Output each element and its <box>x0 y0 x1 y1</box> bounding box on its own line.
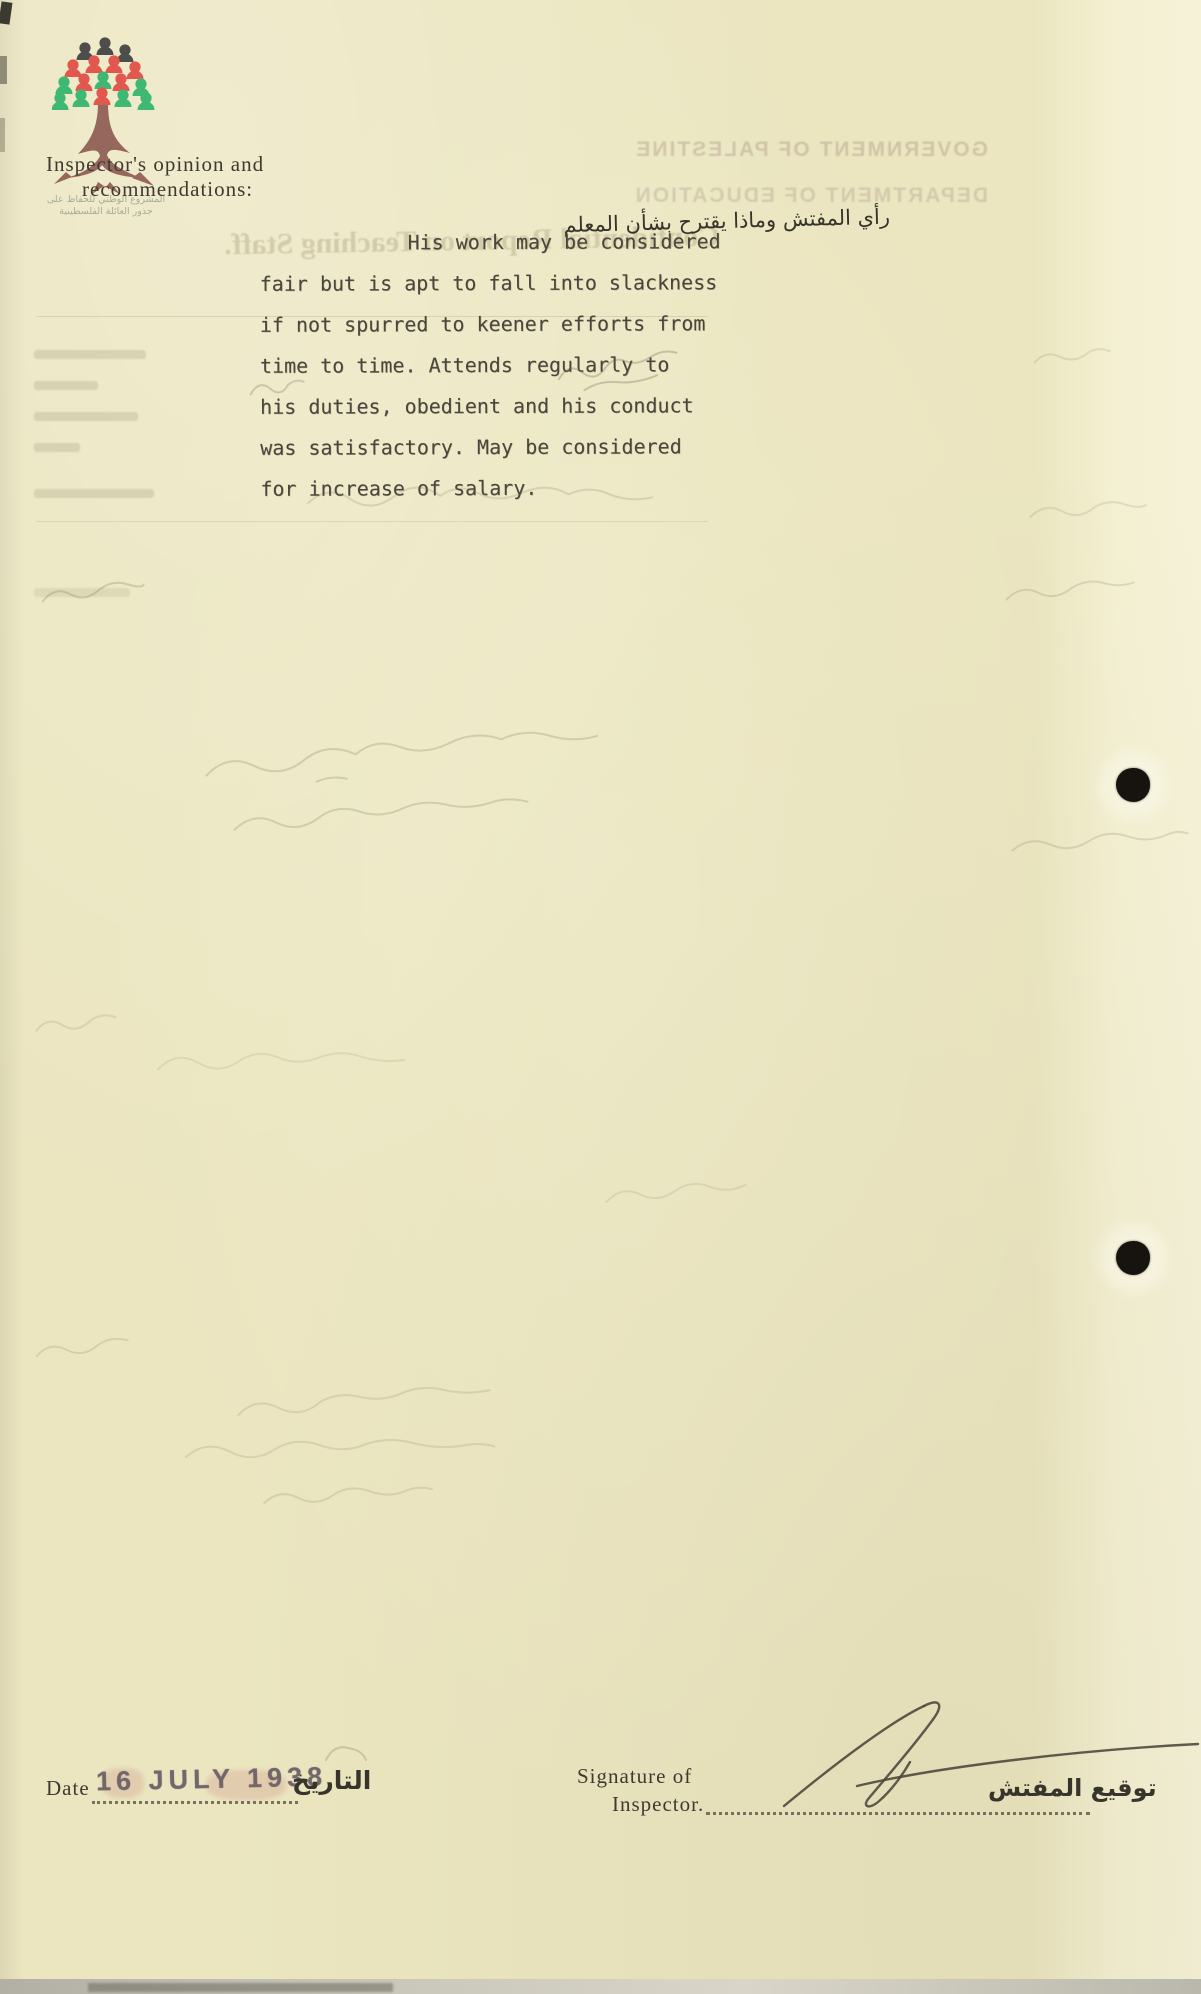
handwriting-mark <box>149 1035 431 1103</box>
handwriting-mark <box>28 1321 143 1371</box>
handwriting-mark <box>195 724 653 796</box>
logo-caption-line2: جذور العائلة الفلسطينية <box>28 206 184 218</box>
handwriting-mark <box>229 1377 536 1434</box>
typed-line: fair but is apt to fall into slackness <box>260 262 740 305</box>
inspector-opinion-label-line2: recommendations: <box>82 177 253 202</box>
typed-line: His work may be considered <box>260 221 740 264</box>
handwriting-mark <box>999 564 1142 614</box>
scanned-document-page: المشروع الوطني للحفاظ على جذور العائلة ا… <box>0 0 1201 1994</box>
hole-punch <box>1116 1241 1150 1275</box>
handwriting-mark <box>178 1429 545 1481</box>
scan-edge-smudge <box>0 56 7 84</box>
date-label-en: Date <box>46 1776 90 1801</box>
bleedthrough-label-mark <box>34 381 98 390</box>
handwriting-mark <box>1029 337 1115 373</box>
bleedthrough-label-mark <box>34 588 130 597</box>
handwriting-mark <box>29 999 124 1045</box>
scan-edge-smudge <box>0 118 5 152</box>
typed-line: if not spurred to keener efforts from <box>260 303 740 346</box>
scan-edge-smudge <box>0 1 12 24</box>
date-dotted-line <box>92 1801 298 1804</box>
bleedthrough-department-line: DEPARTMENT OF EDUCATION <box>648 184 988 208</box>
hole-punch <box>1116 768 1150 802</box>
logo-people-canopy <box>52 37 155 110</box>
bleedthrough-label-mark <box>34 443 80 452</box>
bleedthrough-label-mark <box>34 489 154 498</box>
handwriting-mark <box>1005 817 1193 865</box>
bleedthrough-rule <box>36 521 708 522</box>
signature-label-line2: Inspector. <box>612 1792 704 1817</box>
handwriting-mark <box>1023 489 1151 530</box>
inspector-opinion-label-line1: Inspector's opinion and <box>46 152 264 177</box>
typed-line: was satisfactory. May be considered <box>260 426 740 469</box>
date-label-arabic: التاريخ <box>292 1766 371 1795</box>
typed-line: his duties, obedient and his conduct <box>260 385 740 428</box>
handwriting-mark <box>257 1473 444 1515</box>
typed-remarks: His work may be considered fair but is a… <box>260 221 741 510</box>
handwriting-mark <box>599 1168 771 1219</box>
bleedthrough-label-mark <box>34 412 138 421</box>
bleedthrough-government-line: GOVERNMENT OF PALESTINE <box>648 138 988 162</box>
signature-label-line1: Signature of <box>577 1764 692 1789</box>
inspector-signature <box>762 1696 1200 1820</box>
handwriting-mark <box>225 788 582 848</box>
bleedthrough-label-mark <box>34 350 146 359</box>
typed-line: time to time. Attends regularly to <box>260 344 740 387</box>
scan-bottom-edge-dark <box>88 1983 393 1992</box>
typed-line: for increase of salary. <box>260 467 740 510</box>
